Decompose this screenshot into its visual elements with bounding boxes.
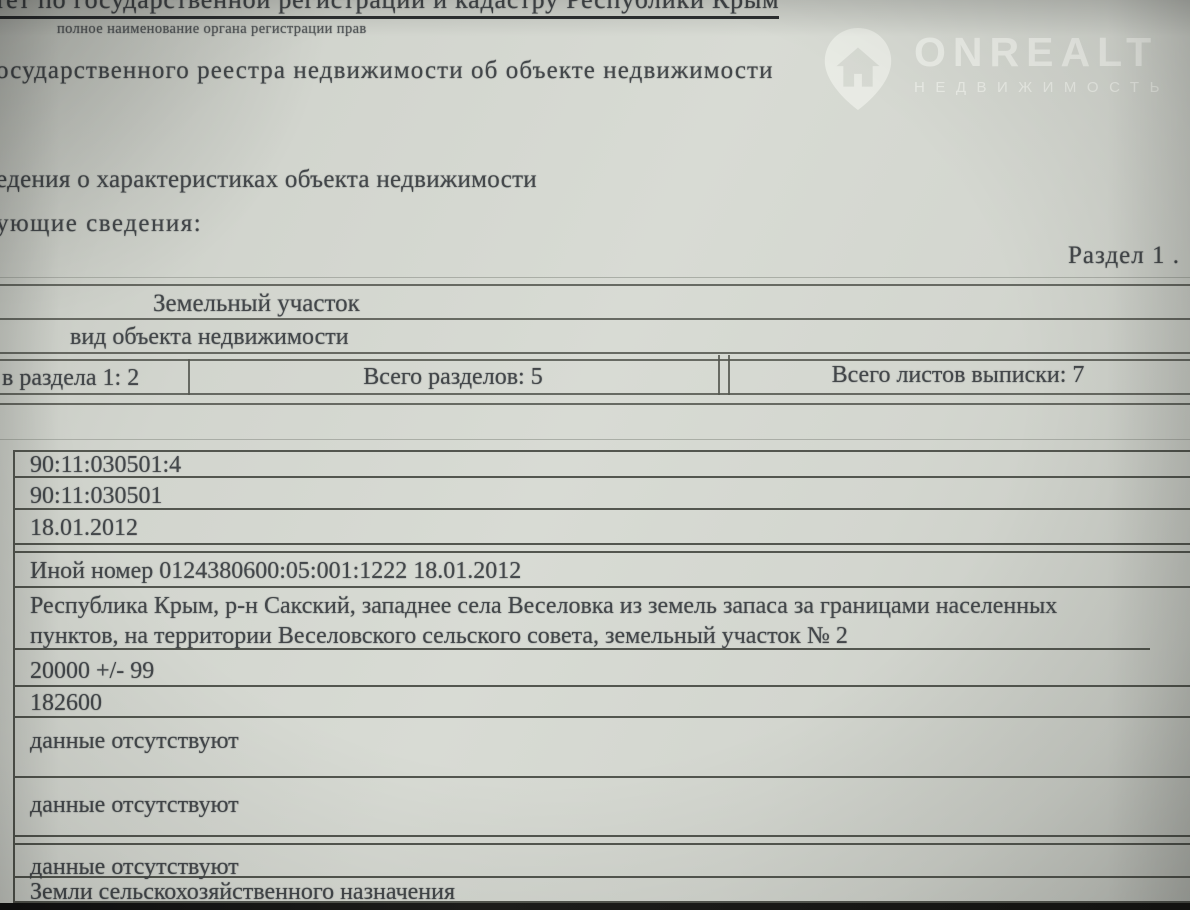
table-row-cadastral-value: 182600: [15, 687, 1190, 718]
table-line: [0, 284, 1190, 286]
table-line: [0, 403, 1190, 405]
egrn-heading: осударственного реестра недвижимости об …: [0, 57, 774, 85]
table-row-no-data-3: данные отсутствуют: [15, 845, 1190, 878]
table-row-no-data-1: данные отсутствуют: [15, 718, 1190, 778]
table-row-quarter-number: 90:11:030501: [15, 478, 1190, 510]
table-row-address: Республика Крым, р-н Сакский, западнее с…: [15, 588, 1150, 650]
watermark-subtitle: НЕДВИЖИМОСТЬ: [914, 79, 1170, 96]
table-row-date: 18.01.2012: [15, 510, 1190, 545]
table-line: [0, 277, 1190, 278]
watermark-text: ONREALT НЕДВИЖИМОСТЬ: [914, 32, 1170, 96]
cell-divider: [718, 355, 720, 395]
section-label: Раздел 1 .: [1068, 242, 1180, 270]
object-type-caption: вид объекта недвижимости: [70, 324, 349, 351]
table-line: [0, 318, 1190, 320]
table-line: [0, 352, 1190, 354]
sheets-in-section-cell: в раздела 1: 2: [2, 365, 139, 392]
scanned-egrn-document: тет по государственной регистрации и кад…: [0, 0, 1190, 910]
object-type-value: Земельный участок: [153, 290, 360, 318]
org-name-caption: полное наименование органа регистрации п…: [57, 21, 367, 38]
table-row-land-category: Земли сельскохозяйственного назначения: [15, 878, 1190, 903]
watermark-brand: ONREALT: [914, 32, 1170, 72]
table-line: [0, 359, 1190, 361]
table-line: [0, 439, 1190, 440]
table-row-no-data-2: данные отсутствуют: [15, 778, 1190, 837]
table-row-area: 20000 +/- 99: [15, 650, 1190, 687]
house-pin-icon: [820, 26, 896, 112]
total-sheets-cell: Всего листов выписки: 7: [728, 362, 1188, 389]
table-row-cadastral-number: 90:11:030501:4: [15, 450, 1190, 478]
table-row-other-number: Иной номер 0124380600:05:001:1222 18.01.…: [15, 553, 1190, 588]
section-heading: едения о характеристиках объекта недвижи…: [0, 166, 537, 194]
total-sections-cell: Всего разделов: 5: [188, 364, 718, 391]
table-line: [0, 393, 1190, 395]
org-name-line: тет по государственной регистрации и кад…: [0, 0, 779, 19]
onrealt-watermark: ONREALT НЕДВИЖИМОСТЬ: [812, 24, 1190, 112]
scan-bottom-edge: [0, 903, 1190, 910]
details-table: 90:11:030501:4 90:11:030501 18.01.2012 И…: [13, 450, 1190, 905]
intro-text: ующие сведения:: [0, 210, 202, 238]
